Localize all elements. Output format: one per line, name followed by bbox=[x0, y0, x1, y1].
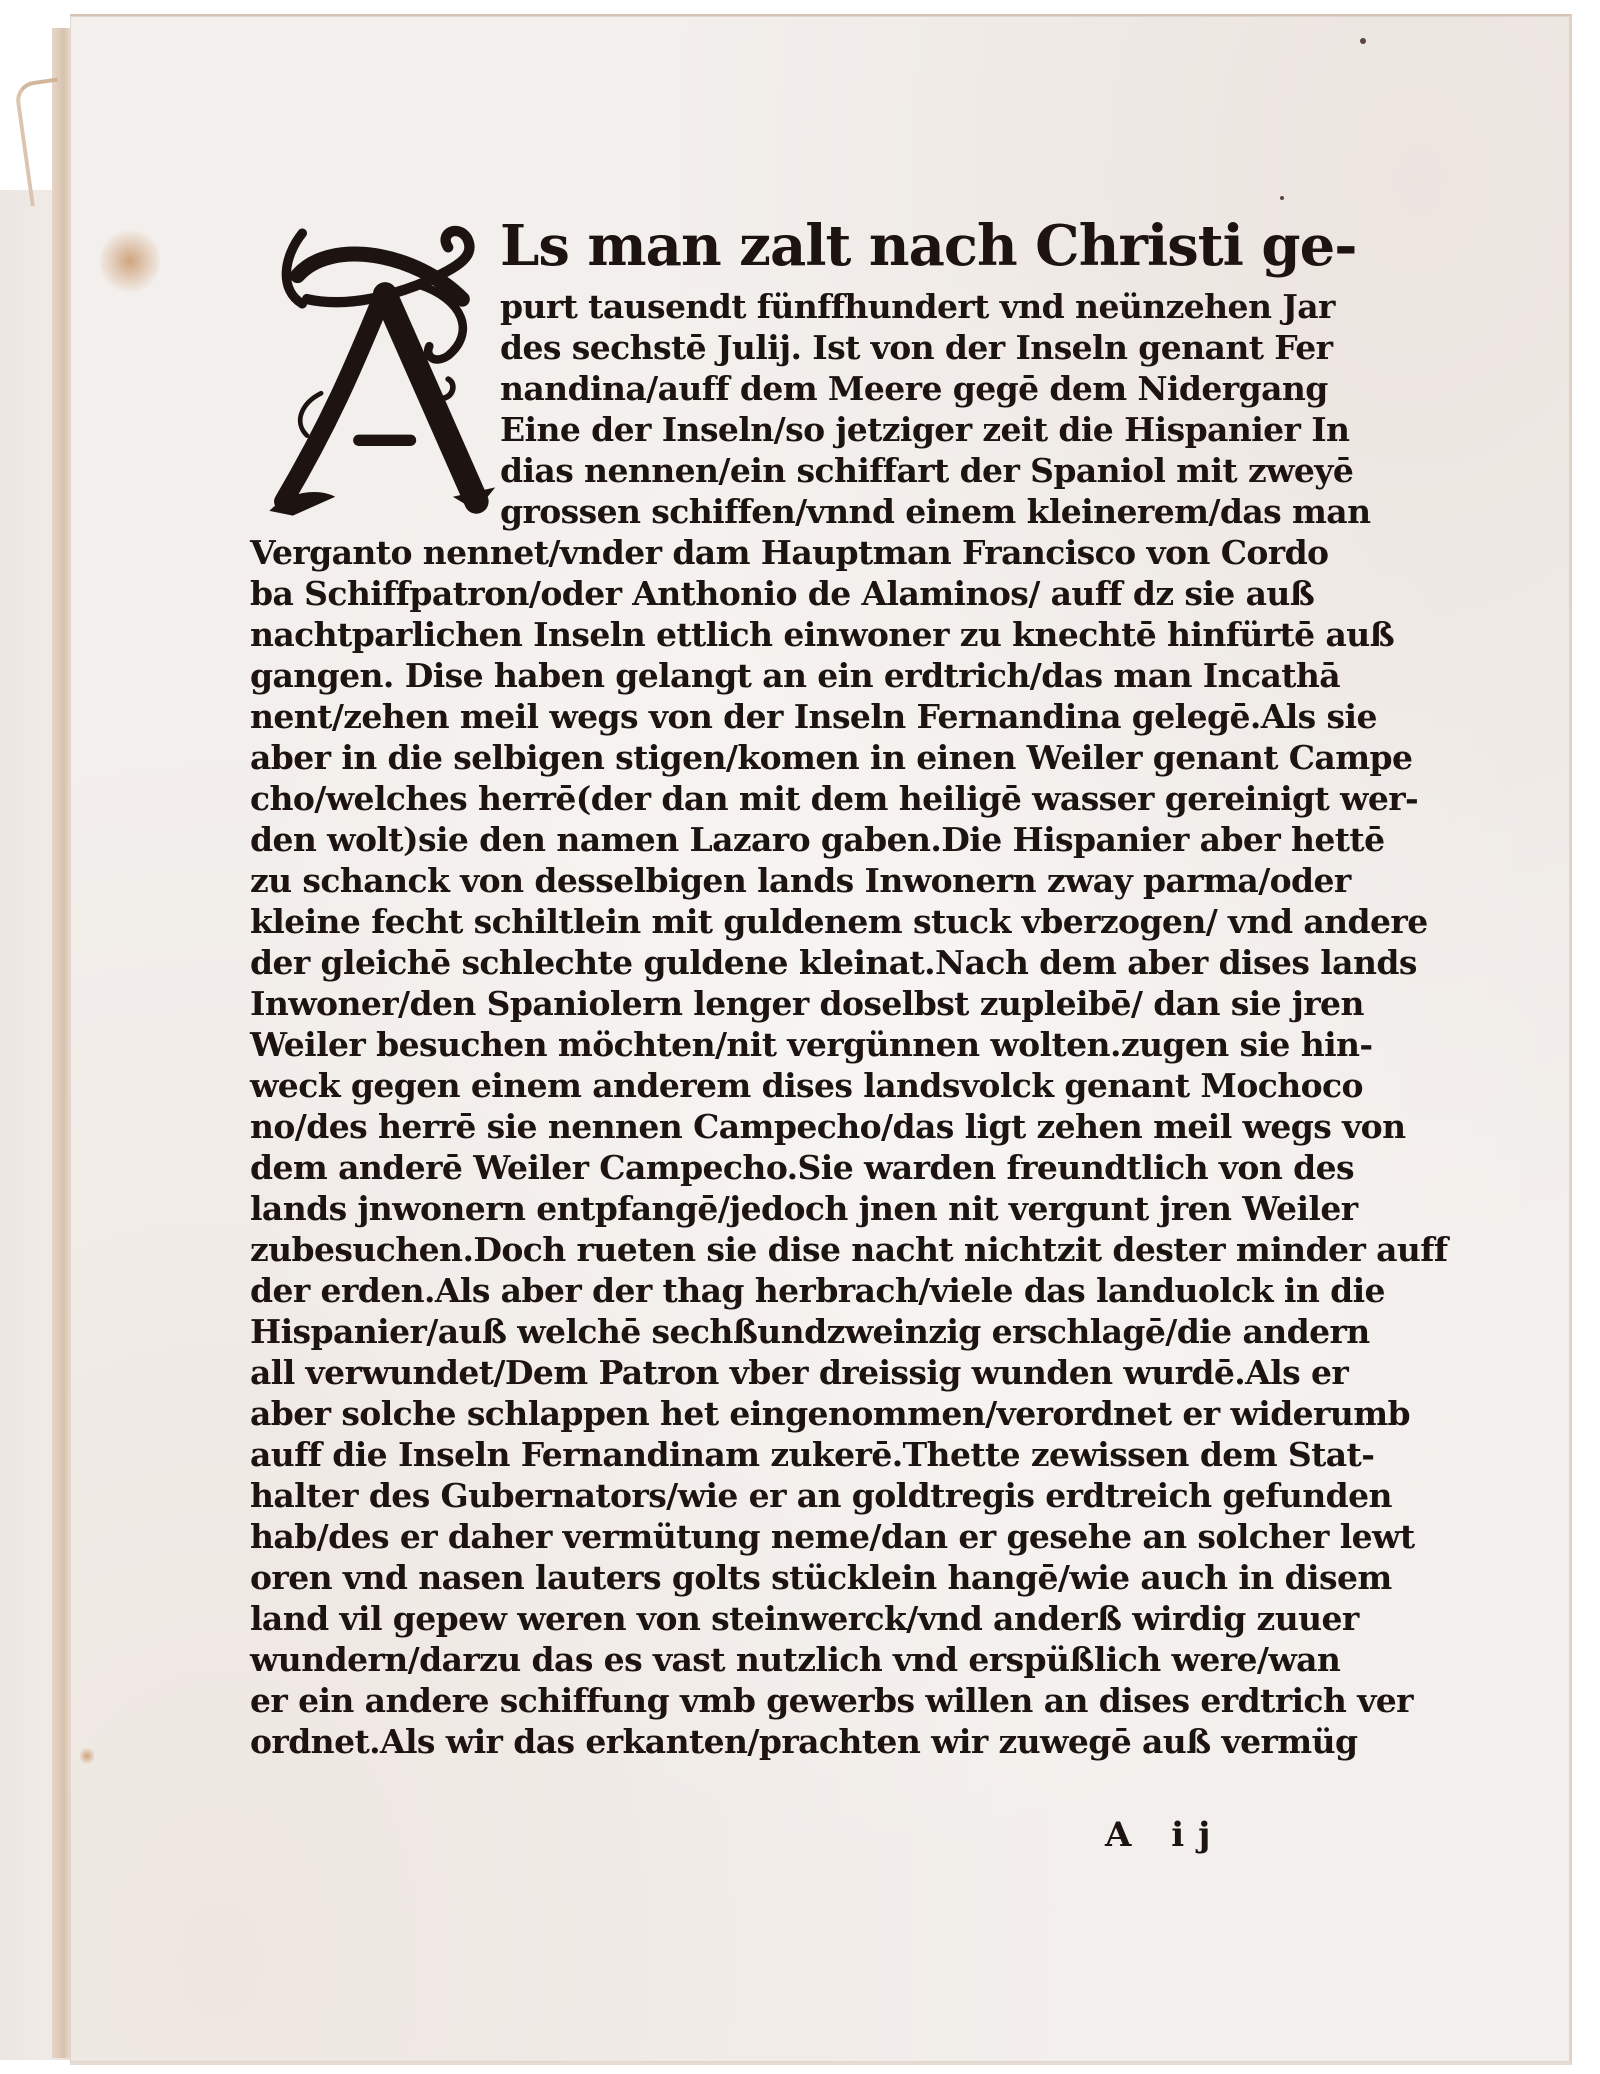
text-line: nandina/auff dem Meere gegē dem Nidergan… bbox=[500, 369, 1295, 409]
text-line: aber in die selbigen stigen/komen in ein… bbox=[250, 738, 1295, 778]
text-line: gangen. Dise haben gelangt an ein erdtri… bbox=[250, 656, 1295, 696]
text-line: nent/zehen meil wegs von der Inseln Fern… bbox=[250, 697, 1295, 737]
text-line: kleine fecht schiltlein mit guldenem stu… bbox=[250, 902, 1295, 942]
text-line: oren vnd nasen lauters golts stücklein h… bbox=[250, 1558, 1295, 1598]
text-line: weck gegen einem anderem dises landsvolc… bbox=[250, 1066, 1295, 1106]
text-line: er ein andere schiffung vmb gewerbs will… bbox=[250, 1681, 1295, 1721]
text-line: no/des herrē sie nennen Campecho/das lig… bbox=[250, 1107, 1295, 1147]
text-line: Verganto nennet/vnder dam Hauptman Franc… bbox=[250, 533, 1295, 573]
ink-speck bbox=[1280, 196, 1284, 200]
ink-speck bbox=[1360, 38, 1366, 44]
text-line: purt tausendt fünffhundert vnd neünzehen… bbox=[500, 287, 1295, 327]
text-line: auff die Inseln Fernandinam zukerē.Thett… bbox=[250, 1435, 1295, 1475]
decorated-initial-a-icon bbox=[262, 205, 512, 525]
text-line: grossen schiffen/vnnd einem kleinerem/da… bbox=[500, 492, 1295, 532]
text-line: Hispanier/auß welchē sechßundzweinzig er… bbox=[250, 1312, 1295, 1352]
text-line: Weiler besuchen möchten/nit vergünnen wo… bbox=[250, 1025, 1295, 1065]
text-line: dem anderē Weiler Campecho.Sie warden fr… bbox=[250, 1148, 1295, 1188]
foxing-stain bbox=[80, 1746, 94, 1766]
text-line: wundern/darzu das es vast nutzlich vnd e… bbox=[250, 1640, 1295, 1680]
text-line: zu schanck von desselbigen lands Inwoner… bbox=[250, 861, 1295, 901]
foxing-stain bbox=[100, 226, 160, 296]
text-line: Inwoner/den Spaniolern lenger doselbst z… bbox=[250, 984, 1295, 1024]
opening-line: Ls man zalt nach Christi ge- bbox=[500, 214, 1295, 278]
text-line: halter des Gubernators/wie er an goldtre… bbox=[250, 1476, 1295, 1516]
text-line: der gleichē schlechte guldene kleinat.Na… bbox=[250, 943, 1295, 983]
text-line: hab/des er daher vermütung neme/dan er g… bbox=[250, 1517, 1295, 1557]
text-line: ba Schiffpatron/oder Anthonio de Alamino… bbox=[250, 574, 1295, 614]
text-line: nachtparlichen Inseln ettlich einwoner z… bbox=[250, 615, 1295, 655]
text-line: Eine der Inseln/so jetziger zeit die His… bbox=[500, 410, 1295, 450]
text-line: aber solche schlappen het eingenommen/ve… bbox=[250, 1394, 1295, 1434]
text-line: des sechstē Julij. Ist von der Inseln ge… bbox=[500, 328, 1295, 368]
text-line: cho/welches herrē(der dan mit dem heilig… bbox=[250, 779, 1295, 819]
text-line: dias nennen/ein schiffart der Spaniol mi… bbox=[500, 451, 1295, 491]
text-line: lands jnwonern entpfangē/jedoch jnen nit… bbox=[250, 1189, 1295, 1229]
signature-mark: A ij bbox=[1105, 1815, 1224, 1855]
text-line: der erden.Als aber der thag herbrach/vie… bbox=[250, 1271, 1295, 1311]
text-line: all verwundet/Dem Patron vber dreissig w… bbox=[250, 1353, 1295, 1393]
text-line: zubesuchen.Doch rueten sie dise nacht ni… bbox=[250, 1230, 1295, 1270]
text-line: land vil gepew weren von steinwerck/vnd … bbox=[250, 1599, 1295, 1639]
text-line: den wolt)sie den namen Lazaro gaben.Die … bbox=[250, 820, 1295, 860]
text-line: ordnet.Als wir das erkanten/prachten wir… bbox=[250, 1722, 1295, 1762]
